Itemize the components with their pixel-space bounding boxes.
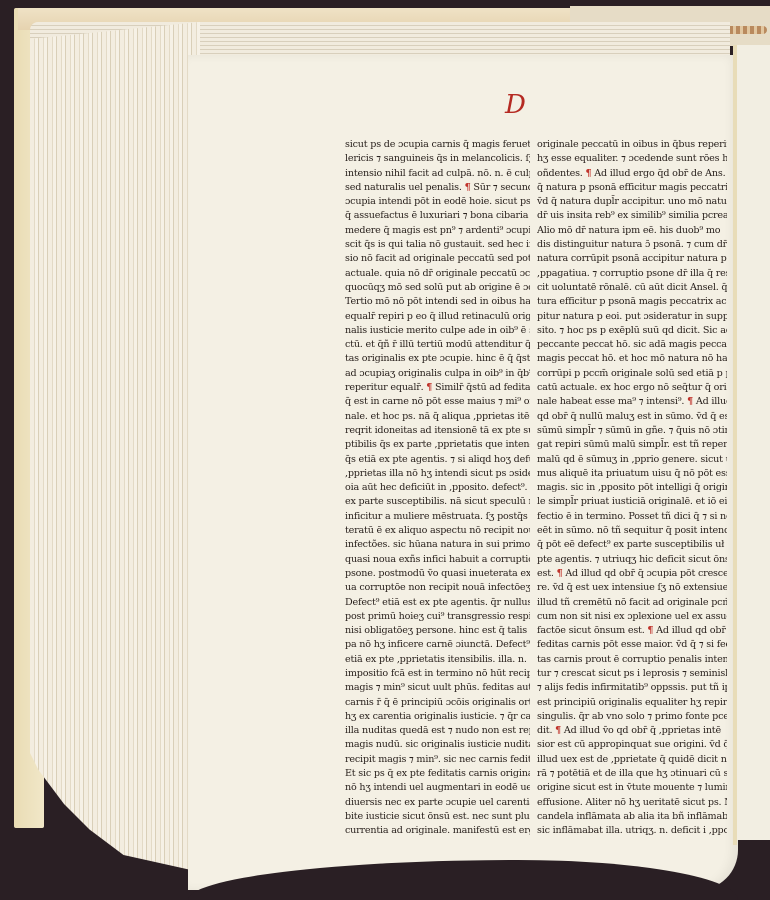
- text-line: nale habeat esse ma⁹ ⁊ intensi⁹. ¶ Ad il…: [537, 395, 727, 409]
- text-line: teratū ē ex aliquo aspectu nō recipit no…: [345, 524, 530, 538]
- text-line: cum non sit nisi ex ɔplexione uel ex ass…: [537, 610, 727, 624]
- left-text-column: sicut ps de ɔcupia carnis q̄ magis ferue…: [345, 138, 530, 839]
- text-line: re. v̄d q̄ est uex intensiue ſʒ nō exten…: [537, 581, 727, 595]
- facing-page-edge: [737, 45, 770, 840]
- text-line: illa nuditas quedā est ⁊ nudo non est re…: [345, 724, 530, 738]
- text-line: reqrit idoneitas ad itensionē tā ex pte …: [345, 424, 530, 438]
- text-line: feditas carnis pōt esse maior. v̄d q̄ ⁊ …: [537, 638, 727, 652]
- text-line: ,ppagatiua. ⁊ corruptio psone dr̄ illa q…: [537, 267, 727, 281]
- text-line: catū actuale. ex hoc ergo nō seq̄tur q̄ …: [537, 381, 727, 395]
- text-line: ⁊ alijs fedis infirmitatib⁹ oppssis. put…: [537, 681, 727, 695]
- text-line: infectões. sic hūana natura in sui primo…: [345, 538, 530, 552]
- text-line: qd obr̄ q̄ nullū maluʒ est in sūmo. v̄d …: [537, 410, 727, 424]
- text-line: ctū. et q̄ñ r̄ illū tertiū modū attendit…: [345, 338, 530, 352]
- text-line: Defect⁹ etiā est ex pte agentis. q̄r nul…: [345, 596, 530, 610]
- text-line: fectio ē in termino. Posset tñ dici q̄ ⁊…: [537, 510, 727, 524]
- text-line: magis ⁊ min⁹ sicut uult phūs. feditas au…: [345, 681, 530, 695]
- text-line: rā ⁊ potētiā et de illa que hʒ ɔtinuari …: [537, 767, 727, 781]
- text-line: sicut ps de ɔcupia carnis q̄ magis ferue…: [345, 138, 530, 152]
- text-line: lericis ⁊ sanguineis q̄s in melancolicis…: [345, 152, 530, 166]
- text-line: sito. ⁊ hoc ps p exēplū suū qd dicit. Si…: [537, 324, 727, 338]
- text-line: candela inflāmata ab alia ita bñ inflāma…: [537, 810, 727, 824]
- text-line: dis distinguitur natura ɔ̄ psonā. ⁊ cum …: [537, 238, 727, 252]
- text-line: impositio fcā est in termino nō hūt reci…: [345, 667, 530, 681]
- text-line: illud uex est de ,pprietate q̄ quidē dic…: [537, 753, 727, 767]
- text-line: pte agentis. ⁊ utriuqʒ hic deficit sicut…: [537, 553, 727, 567]
- paragraph-mark: ¶: [557, 568, 563, 579]
- text-line: hʒ ex carentia originalis iusticie. ⁊ q̄…: [345, 710, 530, 724]
- text-line: q̄s etiā ex pte agentis. ⁊ si aliqd hoʒ …: [345, 453, 530, 467]
- text-line: nisi obligatōeʒ persone. hinc est q̄ tal…: [345, 624, 530, 638]
- text-line: est principiū originalis equaliter hʒ re…: [537, 696, 727, 710]
- text-line: hʒ esse equaliter. ⁊ ɔcedende sunt rōes …: [537, 152, 727, 166]
- text-line: bite iusticie sicut ōnsū est. nec sunt p…: [345, 810, 530, 824]
- text-line: medere q̄ magis est pn⁹ ⁊ ardenti⁹ ɔcupi: [345, 224, 530, 238]
- text-line: q̄ est in carne nō pōt esse maius ⁊ mi⁹ …: [345, 395, 530, 409]
- text-line: ad ɔcupiaʒ originalis culpa in oib⁹ in q…: [345, 367, 530, 381]
- text-line: singulis. q̄r ab vno solo ⁊ primo fonte …: [537, 710, 727, 724]
- paragraph-mark: ¶: [465, 182, 471, 193]
- text-line: equalr̄ repiri p eo q̄ illud retinaculū …: [345, 310, 530, 324]
- rubricated-initial: D: [505, 90, 526, 120]
- text-line: mus aliquē ita priuatum uisu q̄ nō pōt e…: [537, 467, 727, 481]
- text-line: illud tñ cremētū nō facit ad originale p…: [537, 596, 727, 610]
- text-line: nalis iusticie merito culpe ade in oib⁹ …: [345, 324, 530, 338]
- text-line: Et sic ps q̄ ex pte feditatis carnis ori…: [345, 767, 530, 781]
- paragraph-mark: ¶: [586, 168, 592, 179]
- text-line: quocūqʒ mō sed solū put ab origine ē ɔct…: [345, 281, 530, 295]
- paragraph-mark: ¶: [555, 725, 561, 736]
- text-line: recipit magis ⁊ min⁹. sic nec carnis fed…: [345, 753, 530, 767]
- text-line: intensio nihil facit ad culpā. nō. n. ē …: [345, 167, 530, 181]
- text-line: tura efficitur p psonā magis peccatrix a…: [537, 295, 727, 309]
- text-line: magis nudū. sic originalis iusticie nudi…: [345, 738, 530, 752]
- text-line: q̄ assuefactus ē luxuriari ⁊ bona cibari…: [345, 209, 530, 223]
- text-line: ptibilis q̄s ex parte ,pprietatis que in…: [345, 438, 530, 452]
- text-line: ua corruptōe non recipit nouā infectōeʒ.: [345, 581, 530, 595]
- text-line: q̄ pōt eē defect⁹ ex parte susceptibilis…: [537, 538, 727, 552]
- text-line: ex parte susceptibilis. nā sicut speculū…: [345, 495, 530, 509]
- paragraph-mark: ¶: [426, 382, 432, 393]
- text-line: tas carnis prout ē corruptio penalis int…: [537, 653, 727, 667]
- text-line: reperitur equalr̄. ¶ Similr̄ q̄stū ad fe…: [345, 381, 530, 395]
- text-line: sior est cū appropinquat sue origini. v̄…: [537, 738, 727, 752]
- text-line: oñdentes. ¶ Ad illud ergo q̄d obr̄ de An…: [537, 167, 727, 181]
- text-line: est. ¶ Ad illud qd obr̄ q̄ ɔcupia pōt cr…: [537, 567, 727, 581]
- text-line: inficitur a muliere mēstruata. ſʒ postq̄…: [345, 510, 530, 524]
- text-line: nale. et hoc ps. nā q̄ aliqua ,pprietas …: [345, 410, 530, 424]
- text-line: effusione. Aliter nō hʒ ueritatē sicut p…: [537, 796, 727, 810]
- text-line: malū qd ē sūmuʒ in ,pprio genere. sicut …: [537, 453, 727, 467]
- text-line: post primū hoieʒ cui⁹ transgressio respi…: [345, 610, 530, 624]
- text-line: sic inflāmabat illa. utriqʒ. n. deficit …: [537, 824, 727, 838]
- text-line: v̄d q̄ natura dupl̄r accipitur. uno mō n…: [537, 195, 727, 209]
- right-text-column: originale peccatū in oibus in q̄bus repe…: [537, 138, 727, 839]
- text-line: q̄ natura p psonā efficitur magis peccat…: [537, 181, 727, 195]
- text-line: originale peccatū in oibus in q̄bus repe…: [537, 138, 727, 152]
- text-line: magis. sic in ,pposito pōt intelligi q̄ …: [537, 481, 727, 495]
- text-line: actuale. quia nō dr̄ originale peccatū ɔ…: [345, 267, 530, 281]
- text-line: sed naturalis uel penalis. ¶ Sūr ⁊ secun…: [345, 181, 530, 195]
- text-line: sio nō facit ad originale peccatū sed po…: [345, 252, 530, 266]
- text-line: ,pprietas illa nō hʒ intendi sicut ps ɔs…: [345, 467, 530, 481]
- text-line: cit uoluntatē rōnalē. cū aūt dicit Ansel…: [537, 281, 727, 295]
- text-line: ɔcupia intendi pōt in eodē hoie. sicut p…: [345, 195, 530, 209]
- text-line: scit q̄s is qui talia nō gustauit. sed h…: [345, 238, 530, 252]
- text-line: le simpl̄r priuat iusticiā originalē. et…: [537, 495, 727, 509]
- text-line: oia aūt hec deficiūt in ,pposito. defect…: [345, 481, 530, 495]
- text-line: tur ⁊ crescat sicut ps i leprosis ⁊ semi…: [537, 667, 727, 681]
- page-stack-fore-edge: [30, 22, 200, 872]
- text-line: Tertio mō nō pōt intendi sed in oibus ha…: [345, 295, 530, 309]
- text-line: gat repiri sūmū malū simpl̄r. est tñ rep…: [537, 438, 727, 452]
- text-line: origine sicut est in v̄tute mouente ⁊ lu…: [537, 781, 727, 795]
- text-line: peccante peccat hō. sic adā magis peccan…: [537, 338, 727, 352]
- paragraph-mark: ¶: [647, 625, 653, 636]
- text-line: dit. ¶ Ad illud v̄o qd obr̄ q̄ ,pprietas…: [537, 724, 727, 738]
- text-line: quasi noua exñs infici habuit a corrupti…: [345, 553, 530, 567]
- text-line: tas originalis ex pte ɔcupie. hinc ē q̄ …: [345, 352, 530, 366]
- text-line: psone. postmodū v̄o quasi inueterata ex …: [345, 567, 530, 581]
- text-line: factōe sicut ōnsum est. ¶ Ad illud qd ob…: [537, 624, 727, 638]
- text-line: carnis r̄ q̄ ē principiū ɔcōis originali…: [345, 696, 530, 710]
- text-line: nō hʒ intendi uel augmentari in eodē uel…: [345, 781, 530, 795]
- text-line: Alio mō dr̄ natura ipm eē. his duob⁹ mo: [537, 224, 727, 238]
- text-line: pa nō hʒ inficere carnē ɔiunctā. Defect⁹…: [345, 638, 530, 652]
- text-line: corrūpi p pccm̄ originale solū sed etiā …: [537, 367, 727, 381]
- paragraph-mark: ¶: [687, 396, 693, 407]
- text-line: currentia ad originale. manifestū est er…: [345, 824, 530, 838]
- text-line: pitur natura p eoi. put ɔsideratur in su…: [537, 310, 727, 324]
- text-line: etiā ex pte ,pprietatis itensibilis. ill…: [345, 653, 530, 667]
- text-line: natura corrūpit psonā accipitur natura p…: [537, 252, 727, 266]
- text-line: diuersis nec ex parte ɔcupie uel carenti…: [345, 796, 530, 810]
- text-line: dr̄ uis insita reb⁹ ex similib⁹ similia …: [537, 209, 727, 223]
- text-line: sūmū simpl̄r ⁊ sūmū in gñe. ⁊ q̄uis nō ɔ…: [537, 424, 727, 438]
- text-line: magis peccat hō. et hoc mō natura nō hab…: [537, 352, 727, 366]
- text-line: eēt in sūmo. nō tñ sequitur q̄ posit int…: [537, 524, 727, 538]
